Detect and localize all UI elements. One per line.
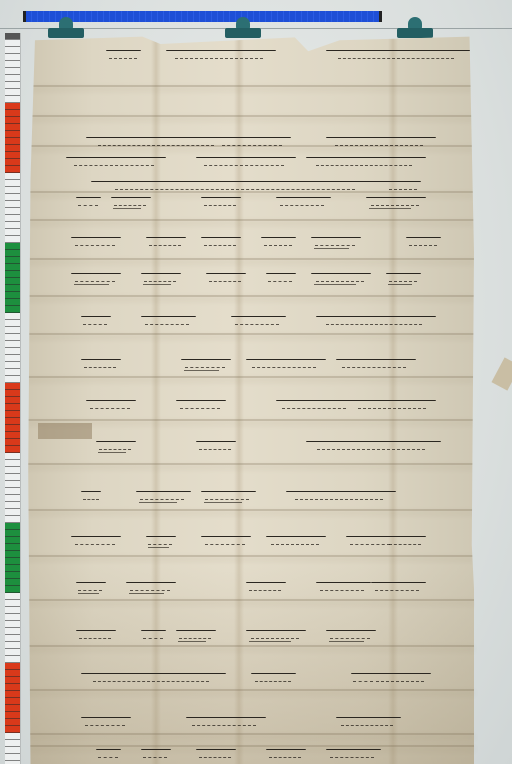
binder-clip <box>48 17 84 41</box>
horizontal-fold <box>26 295 474 297</box>
handwritten-word <box>91 181 391 184</box>
handwritten-word <box>261 237 296 240</box>
handwritten-word <box>146 536 176 539</box>
ruler-ticks <box>5 33 20 764</box>
horizontal-fold <box>26 645 474 647</box>
handwritten-word <box>246 630 306 633</box>
handwritten-word <box>141 749 171 752</box>
handwritten-word <box>311 237 361 240</box>
handwritten-word <box>311 273 371 276</box>
handwritten-word <box>96 749 121 752</box>
handwritten-word <box>106 50 141 53</box>
handwritten-word <box>201 197 241 200</box>
handwritten-word <box>306 157 426 160</box>
handwritten-word <box>326 137 436 140</box>
handwritten-word <box>141 273 181 276</box>
handwritten-word <box>246 359 326 362</box>
handwritten-word <box>266 536 326 539</box>
handwritten-word <box>71 536 121 539</box>
handwritten-word <box>86 137 231 140</box>
handwritten-word <box>326 50 471 53</box>
handwritten-word <box>86 400 136 403</box>
script-line <box>26 582 474 594</box>
handwritten-word <box>196 441 236 444</box>
handwritten-word <box>96 441 136 444</box>
handwritten-word <box>196 749 236 752</box>
handwritten-word <box>186 717 266 720</box>
handwritten-word <box>231 316 286 319</box>
handwritten-word <box>76 197 101 200</box>
script-line <box>26 137 474 149</box>
handwritten-word <box>141 630 166 633</box>
handwritten-word <box>336 717 401 720</box>
handwritten-word <box>126 582 176 585</box>
handwritten-word <box>136 491 191 494</box>
handwritten-word <box>316 316 436 319</box>
binder-clip <box>397 17 433 41</box>
script-line <box>26 197 474 209</box>
binder-clip <box>225 17 261 41</box>
handwritten-word <box>66 157 166 160</box>
handwritten-word <box>206 273 246 276</box>
handwritten-word <box>326 749 381 752</box>
script-line <box>26 157 474 169</box>
handwritten-word <box>201 237 241 240</box>
header-line <box>26 50 474 62</box>
horizontal-fold <box>26 689 474 691</box>
script-line <box>26 491 474 503</box>
script-line <box>26 441 474 453</box>
horizontal-fold <box>26 599 474 601</box>
horizontal-fold <box>26 258 474 260</box>
script-line <box>26 237 474 249</box>
handwritten-word <box>386 273 421 276</box>
handwritten-word <box>196 157 296 160</box>
handwritten-word <box>366 197 426 200</box>
handwritten-word <box>176 630 216 633</box>
horizontal-fold <box>26 419 474 421</box>
clip-jaw <box>48 28 84 38</box>
handwritten-word <box>371 673 431 676</box>
horizontal-fold <box>26 745 474 747</box>
script-line <box>26 273 474 285</box>
clip-jaw <box>225 28 261 38</box>
handwritten-word <box>146 237 186 240</box>
horizontal-fold <box>26 376 474 378</box>
repair-patch <box>38 423 92 439</box>
horizontal-fold <box>26 555 474 557</box>
handwritten-word <box>406 237 441 240</box>
handwritten-word <box>71 237 121 240</box>
manuscript-sheet <box>26 33 474 764</box>
handwritten-word <box>201 536 251 539</box>
handwritten-word <box>286 491 396 494</box>
handwritten-word <box>81 491 101 494</box>
handwritten-word <box>141 316 196 319</box>
handwritten-word <box>181 359 231 362</box>
handwritten-word <box>201 491 256 494</box>
horizontal-fold <box>26 509 474 511</box>
handwritten-word <box>81 359 121 362</box>
handwritten-word <box>216 137 291 140</box>
horizontal-fold <box>26 733 474 735</box>
handwritten-word <box>111 197 151 200</box>
script-line <box>26 673 474 685</box>
handwritten-word <box>76 582 106 585</box>
handwritten-word <box>326 630 376 633</box>
script-line <box>26 749 474 761</box>
script-line <box>26 630 474 642</box>
side-measuring-ruler <box>5 33 21 764</box>
handwritten-word <box>81 717 131 720</box>
handwritten-word <box>176 400 226 403</box>
clip-jaw <box>397 28 433 38</box>
handwritten-word <box>371 582 426 585</box>
handwritten-word <box>386 181 421 184</box>
script-line <box>26 536 474 548</box>
horizontal-fold <box>26 463 474 465</box>
handwritten-word <box>336 359 416 362</box>
script-line <box>26 400 474 412</box>
script-line <box>26 359 474 371</box>
handwritten-word <box>351 400 436 403</box>
handwritten-word <box>81 673 226 676</box>
horizontal-fold <box>26 333 474 335</box>
horizontal-fold <box>26 115 474 117</box>
handwritten-word <box>71 273 121 276</box>
handwritten-word <box>266 273 296 276</box>
handwritten-word <box>251 673 296 676</box>
handwritten-word <box>266 749 306 752</box>
handwritten-word <box>316 582 371 585</box>
handwritten-word <box>166 50 276 53</box>
script-line <box>26 316 474 328</box>
horizontal-fold <box>26 85 474 87</box>
handwritten-word <box>246 582 286 585</box>
handwritten-word <box>81 316 111 319</box>
script-line <box>26 181 474 193</box>
handwritten-word <box>306 441 441 444</box>
handwritten-word <box>386 536 426 539</box>
horizontal-fold <box>26 219 474 221</box>
handwritten-word <box>276 400 356 403</box>
handwritten-word <box>276 197 331 200</box>
handwritten-word <box>76 630 116 633</box>
script-line <box>26 717 474 729</box>
